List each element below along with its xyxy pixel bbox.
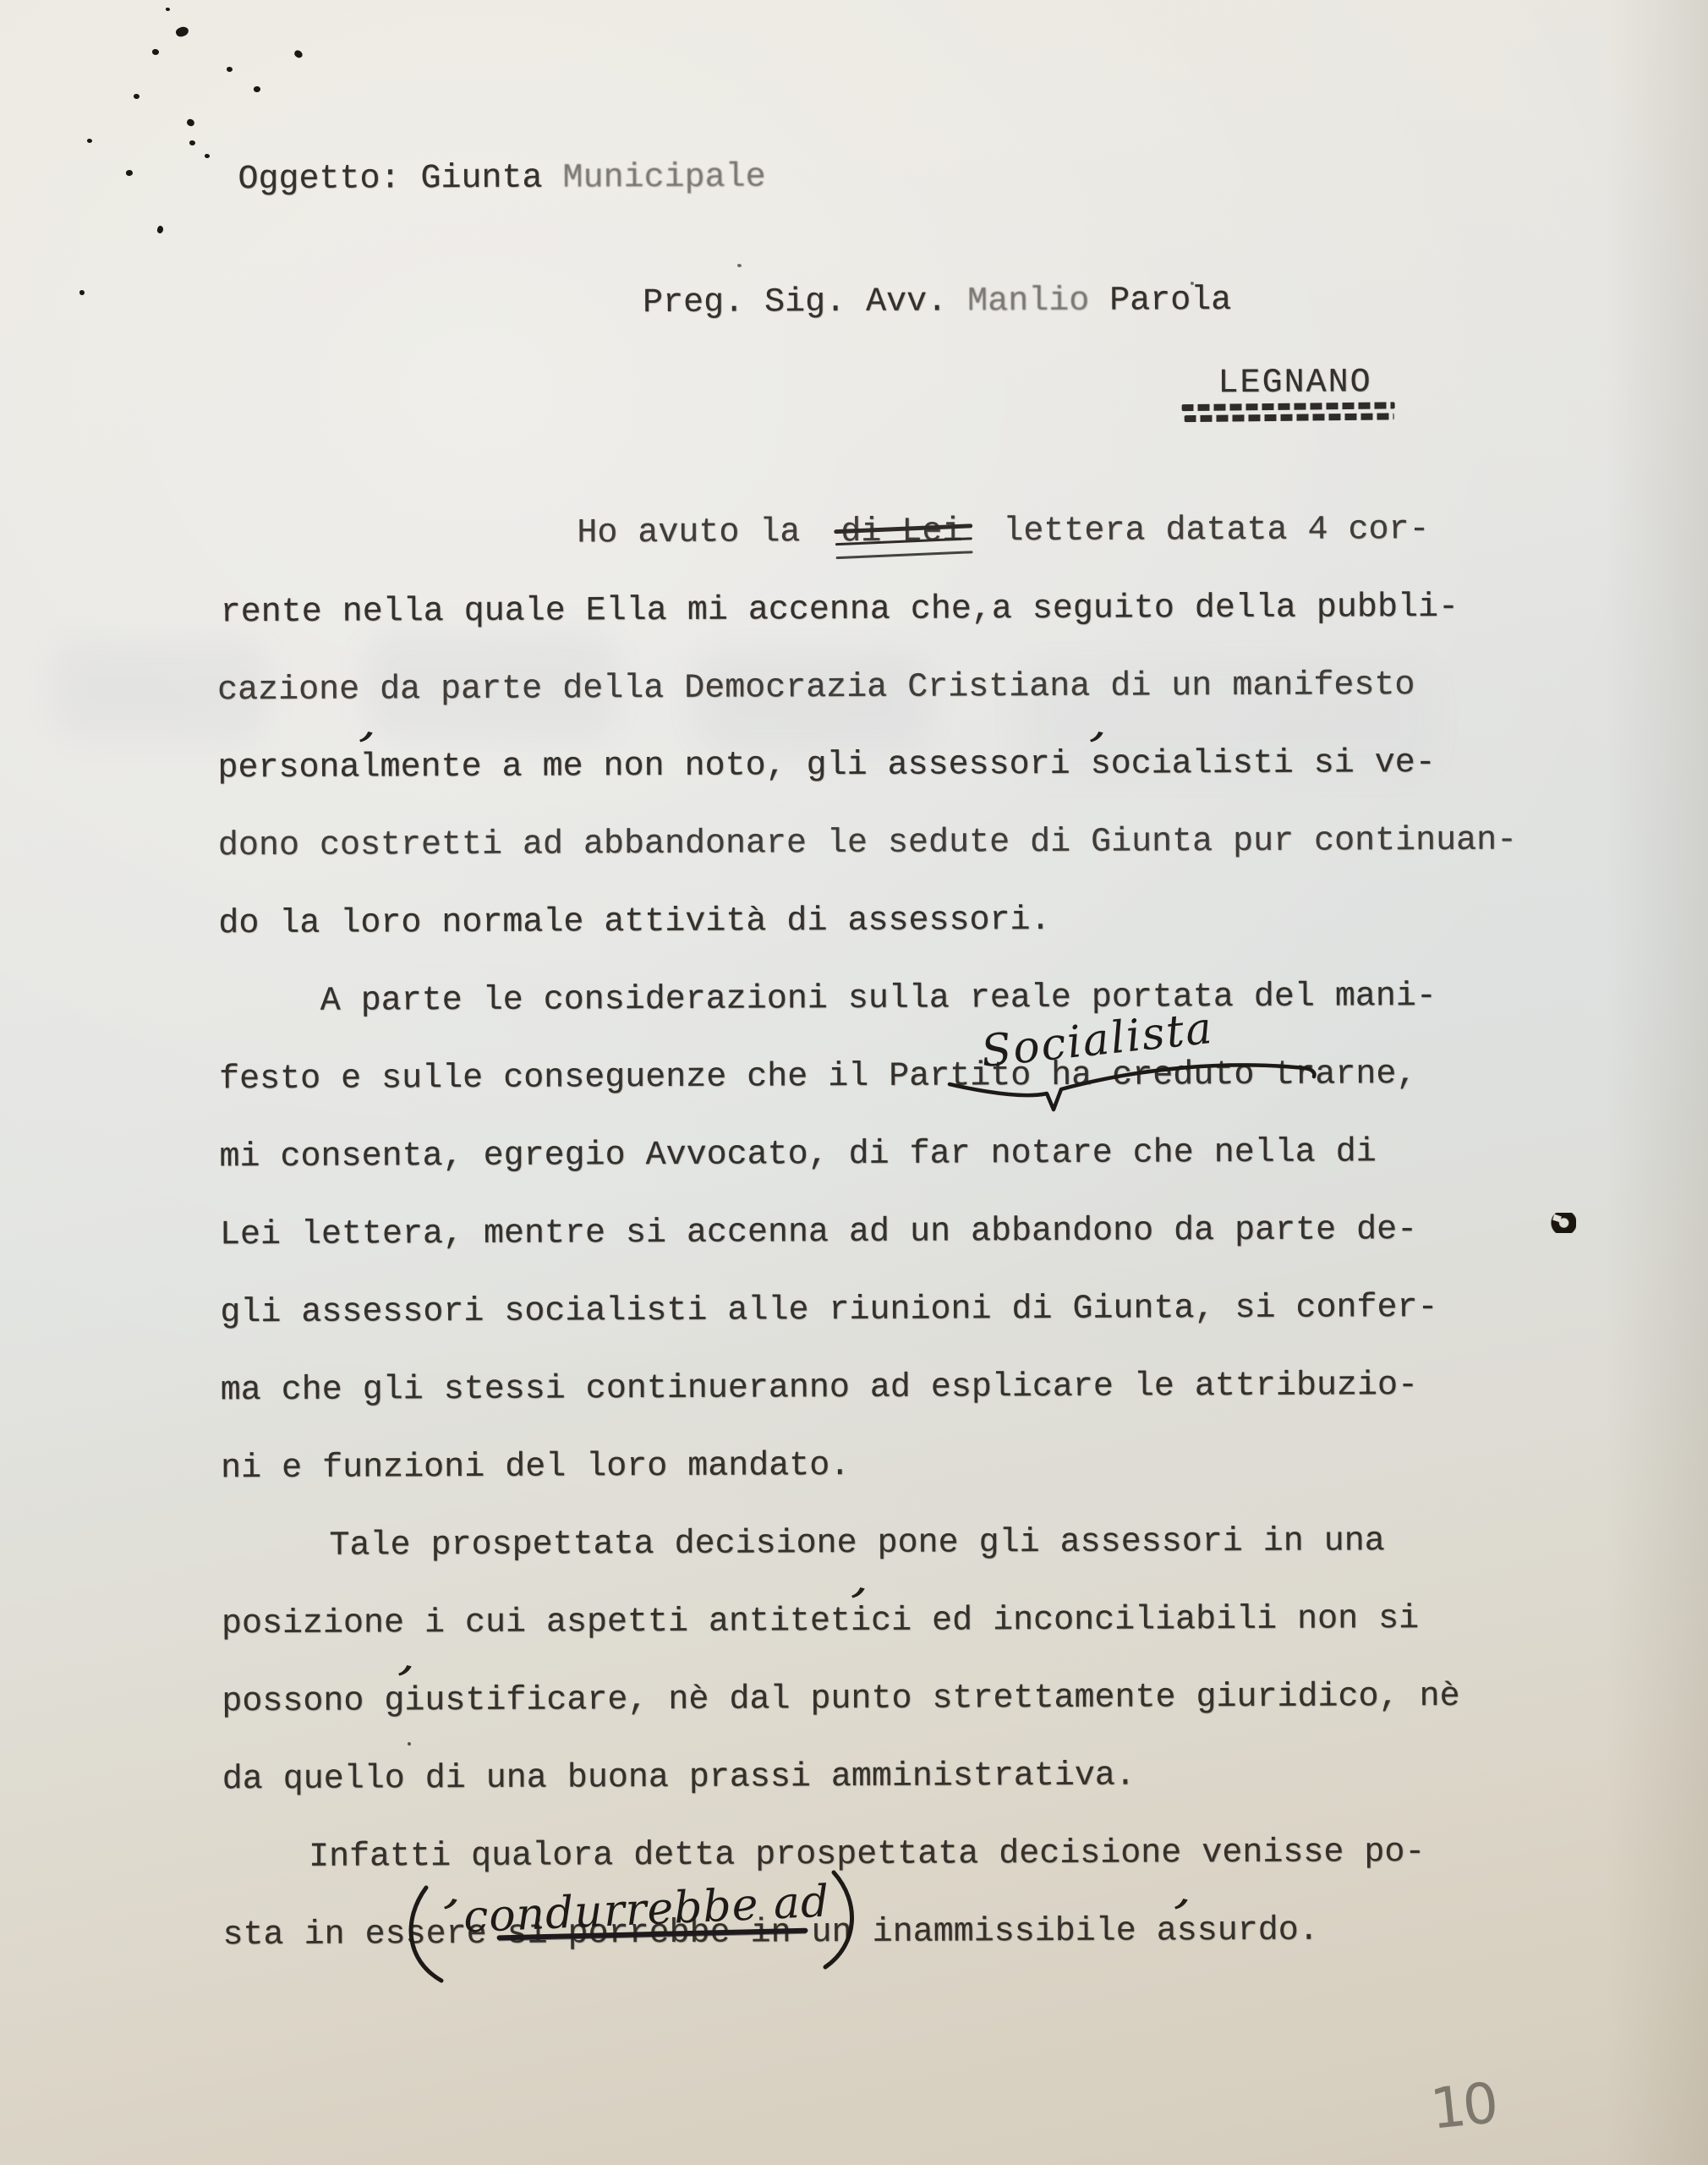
handwritten-comma: , <box>1088 695 1115 747</box>
handwriting-layer: Socialista condurrebbe ad , , , , , , 10 <box>0 0 1708 2165</box>
pencil-page-number: 10 <box>1427 2070 1498 2142</box>
handwritten-comma: , <box>397 1629 424 1680</box>
insertion-paren-strokes <box>397 1861 888 1987</box>
handwritten-comma: , <box>1173 1862 1200 1914</box>
handwritten-comma: , <box>850 1551 877 1603</box>
ink-blot <box>1551 1213 1576 1233</box>
scanned-letter-page: Oggetto: Giunta Municipale Preg. Sig. Av… <box>0 0 1708 2165</box>
insertion-underline-caret-stroke <box>926 1040 1323 1121</box>
handwritten-comma: , <box>358 695 385 747</box>
